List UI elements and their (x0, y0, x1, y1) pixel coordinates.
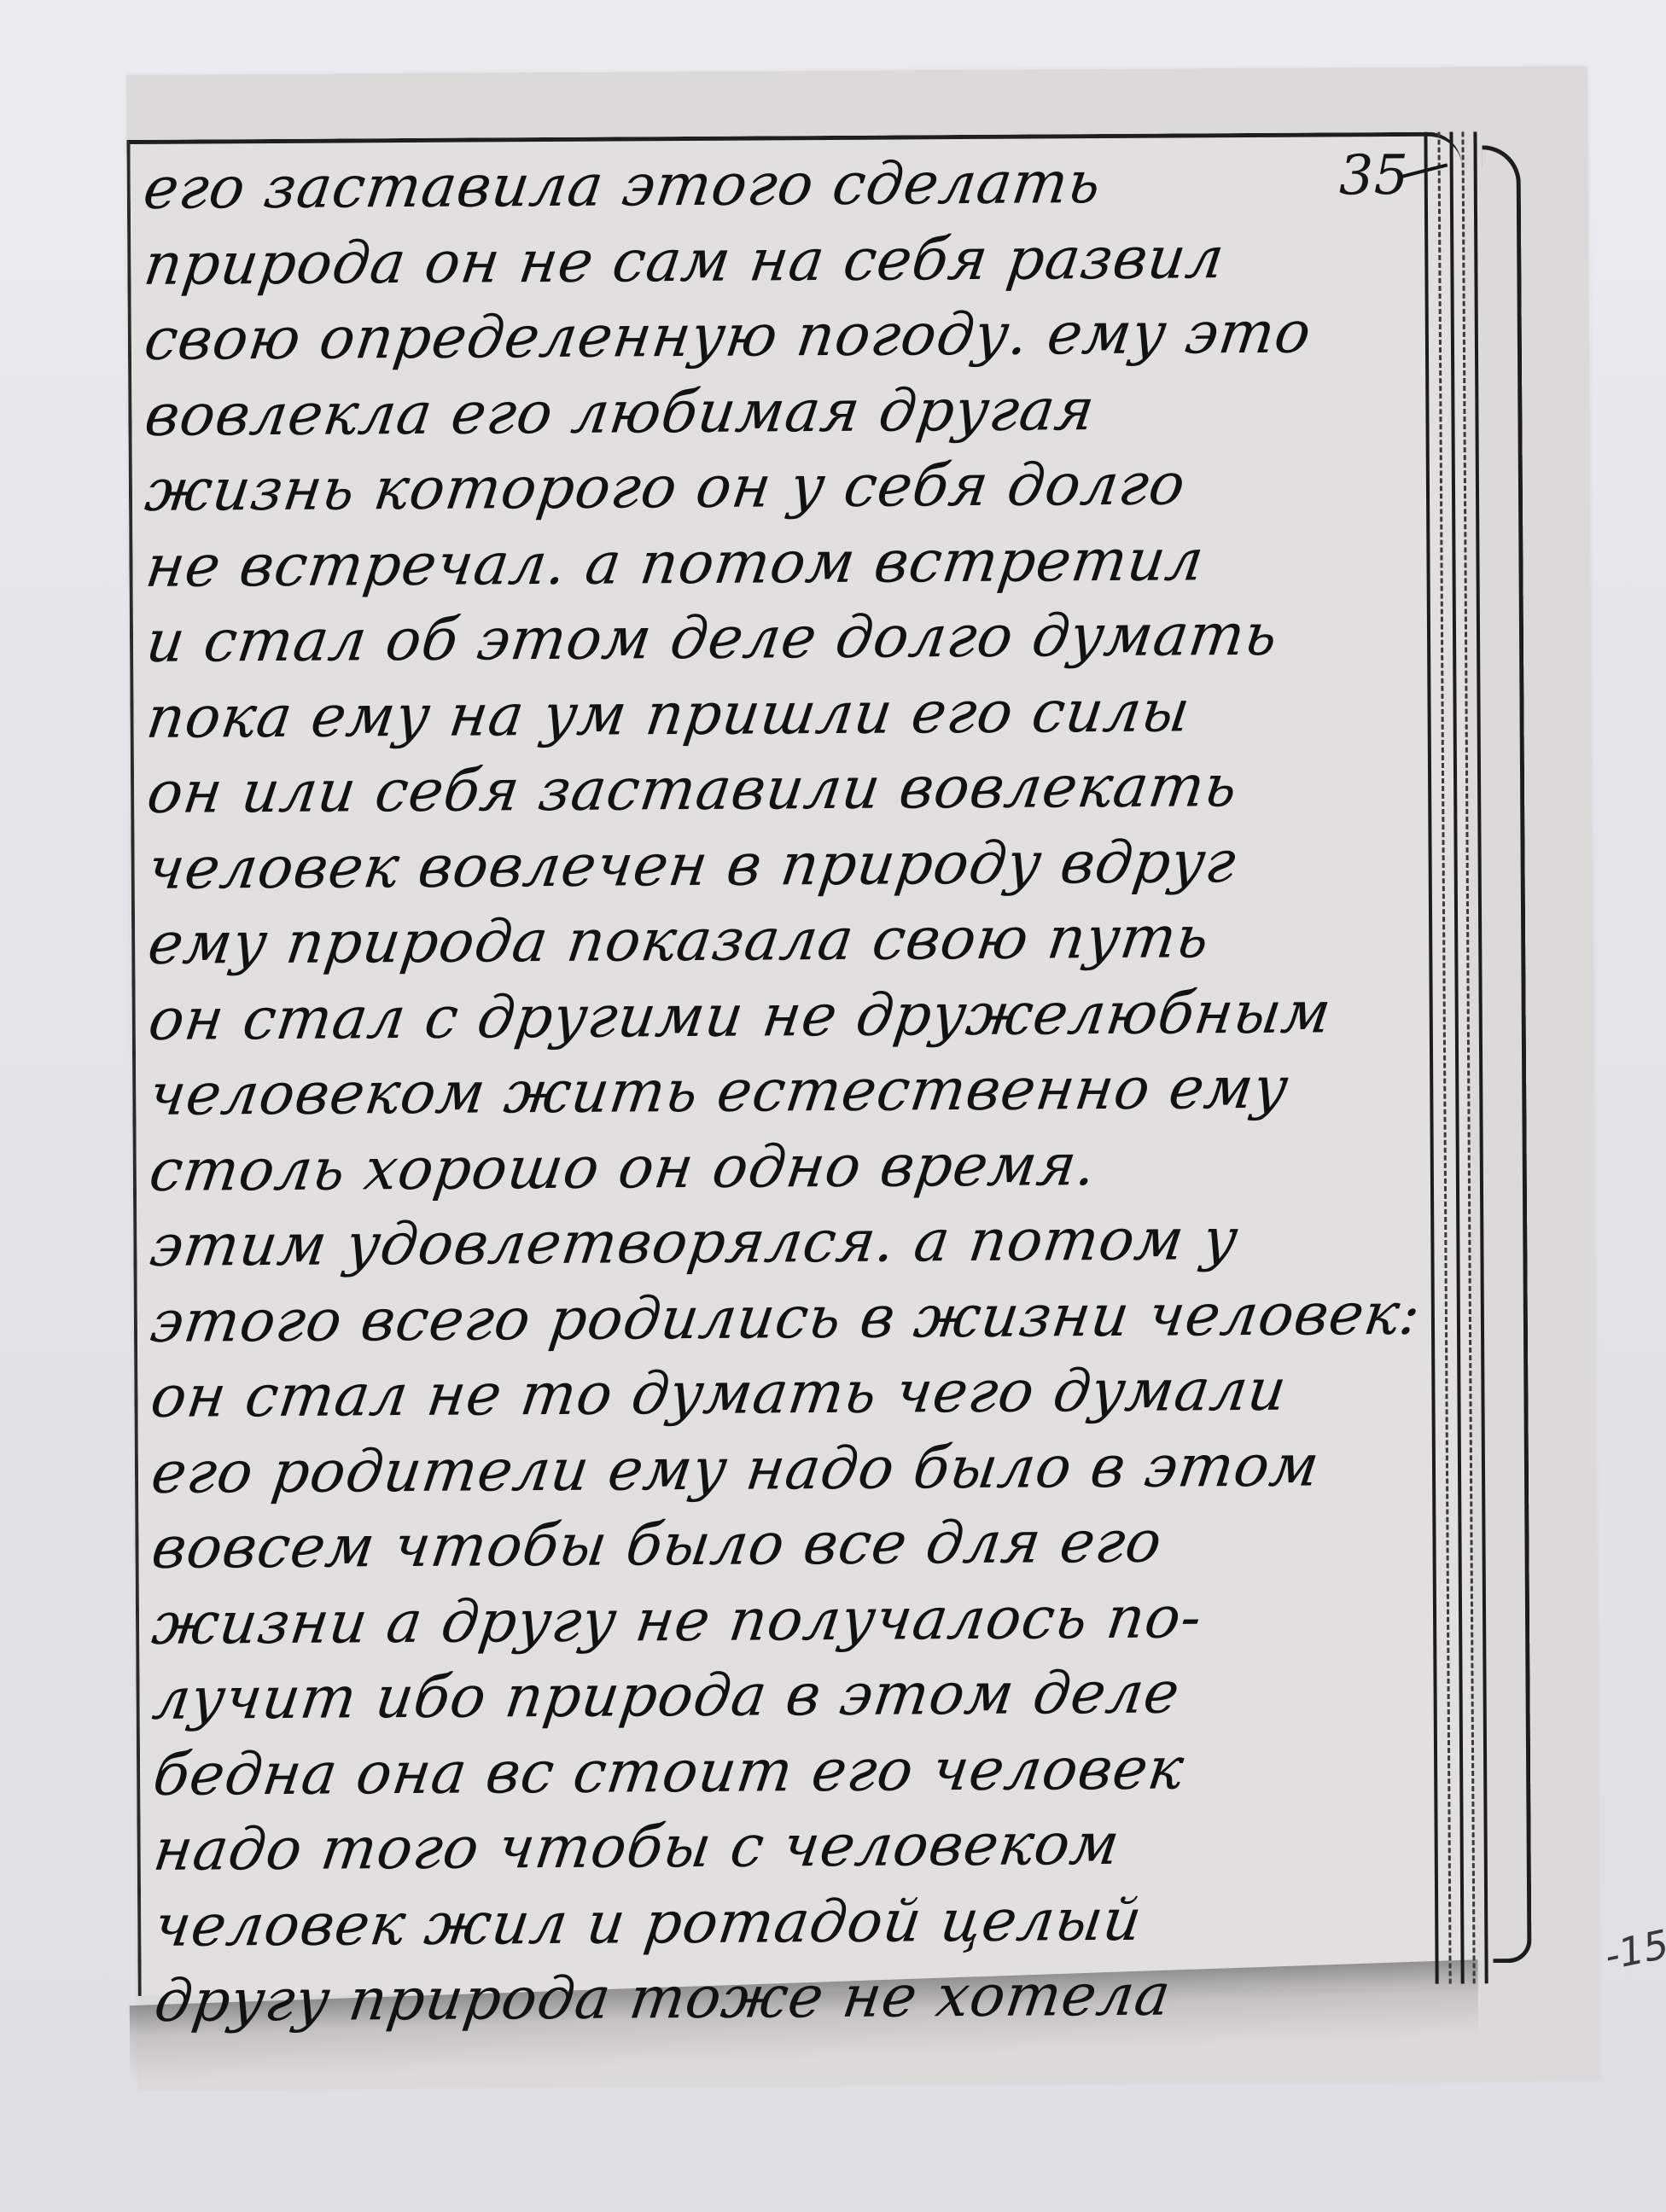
photocopy-sheet: 35 его заставила этого сделать природа о… (126, 67, 1599, 2089)
text-line: он или себя заставили вовлекать (143, 748, 1433, 832)
text-line: жизни а другу не получалось по- (148, 1579, 1438, 1662)
text-line: столь хорошо он одно время. (145, 1126, 1436, 1209)
text-line: он стал не то думать чего думали (147, 1353, 1437, 1436)
text-line: его родители ему надо было в этом (147, 1428, 1437, 1511)
text-line: этого всего родились в жизни человек: (146, 1277, 1436, 1360)
text-line: его заставила этого сделать (139, 144, 1430, 228)
text-line: жизнь которого он у себя долго (141, 446, 1431, 530)
text-line: надо того чтобы с человеком (149, 1806, 1440, 1889)
text-line: человеком жить естественно ему (144, 1051, 1435, 1134)
text-line: другу природа тоже не хотела (150, 1957, 1441, 2040)
text-line: человек вовлечен в природу вдруг (143, 824, 1434, 907)
text-line: не встречал. а потом встретил (142, 521, 1432, 605)
text-line: природа он не сам на себя развил (139, 219, 1430, 303)
text-line: ему природа показала свою путь (143, 899, 1434, 983)
handwritten-text: его заставила этого сделать природа он н… (144, 144, 1436, 2040)
text-line: бедна она вс стоит его человек (149, 1730, 1439, 1813)
text-line: вовлекла его любимая другая (140, 370, 1430, 454)
text-line: человек жил и ротадой целый (149, 1881, 1440, 1965)
text-line: вовсем чтобы было все для его (148, 1504, 1438, 1587)
text-line: и стал об этом деле долго думать (142, 597, 1432, 681)
text-line: пока ему на ум пришли его силы (143, 672, 1433, 756)
text-line: этим удовлетворялся. а потом у (145, 1202, 1436, 1285)
text-line: свою определенную погоду. ему это (140, 295, 1430, 379)
text-line: он стал с другими не дружелюбным (144, 975, 1435, 1058)
text-line: лучит ибо природа в этом деле (149, 1655, 1439, 1738)
